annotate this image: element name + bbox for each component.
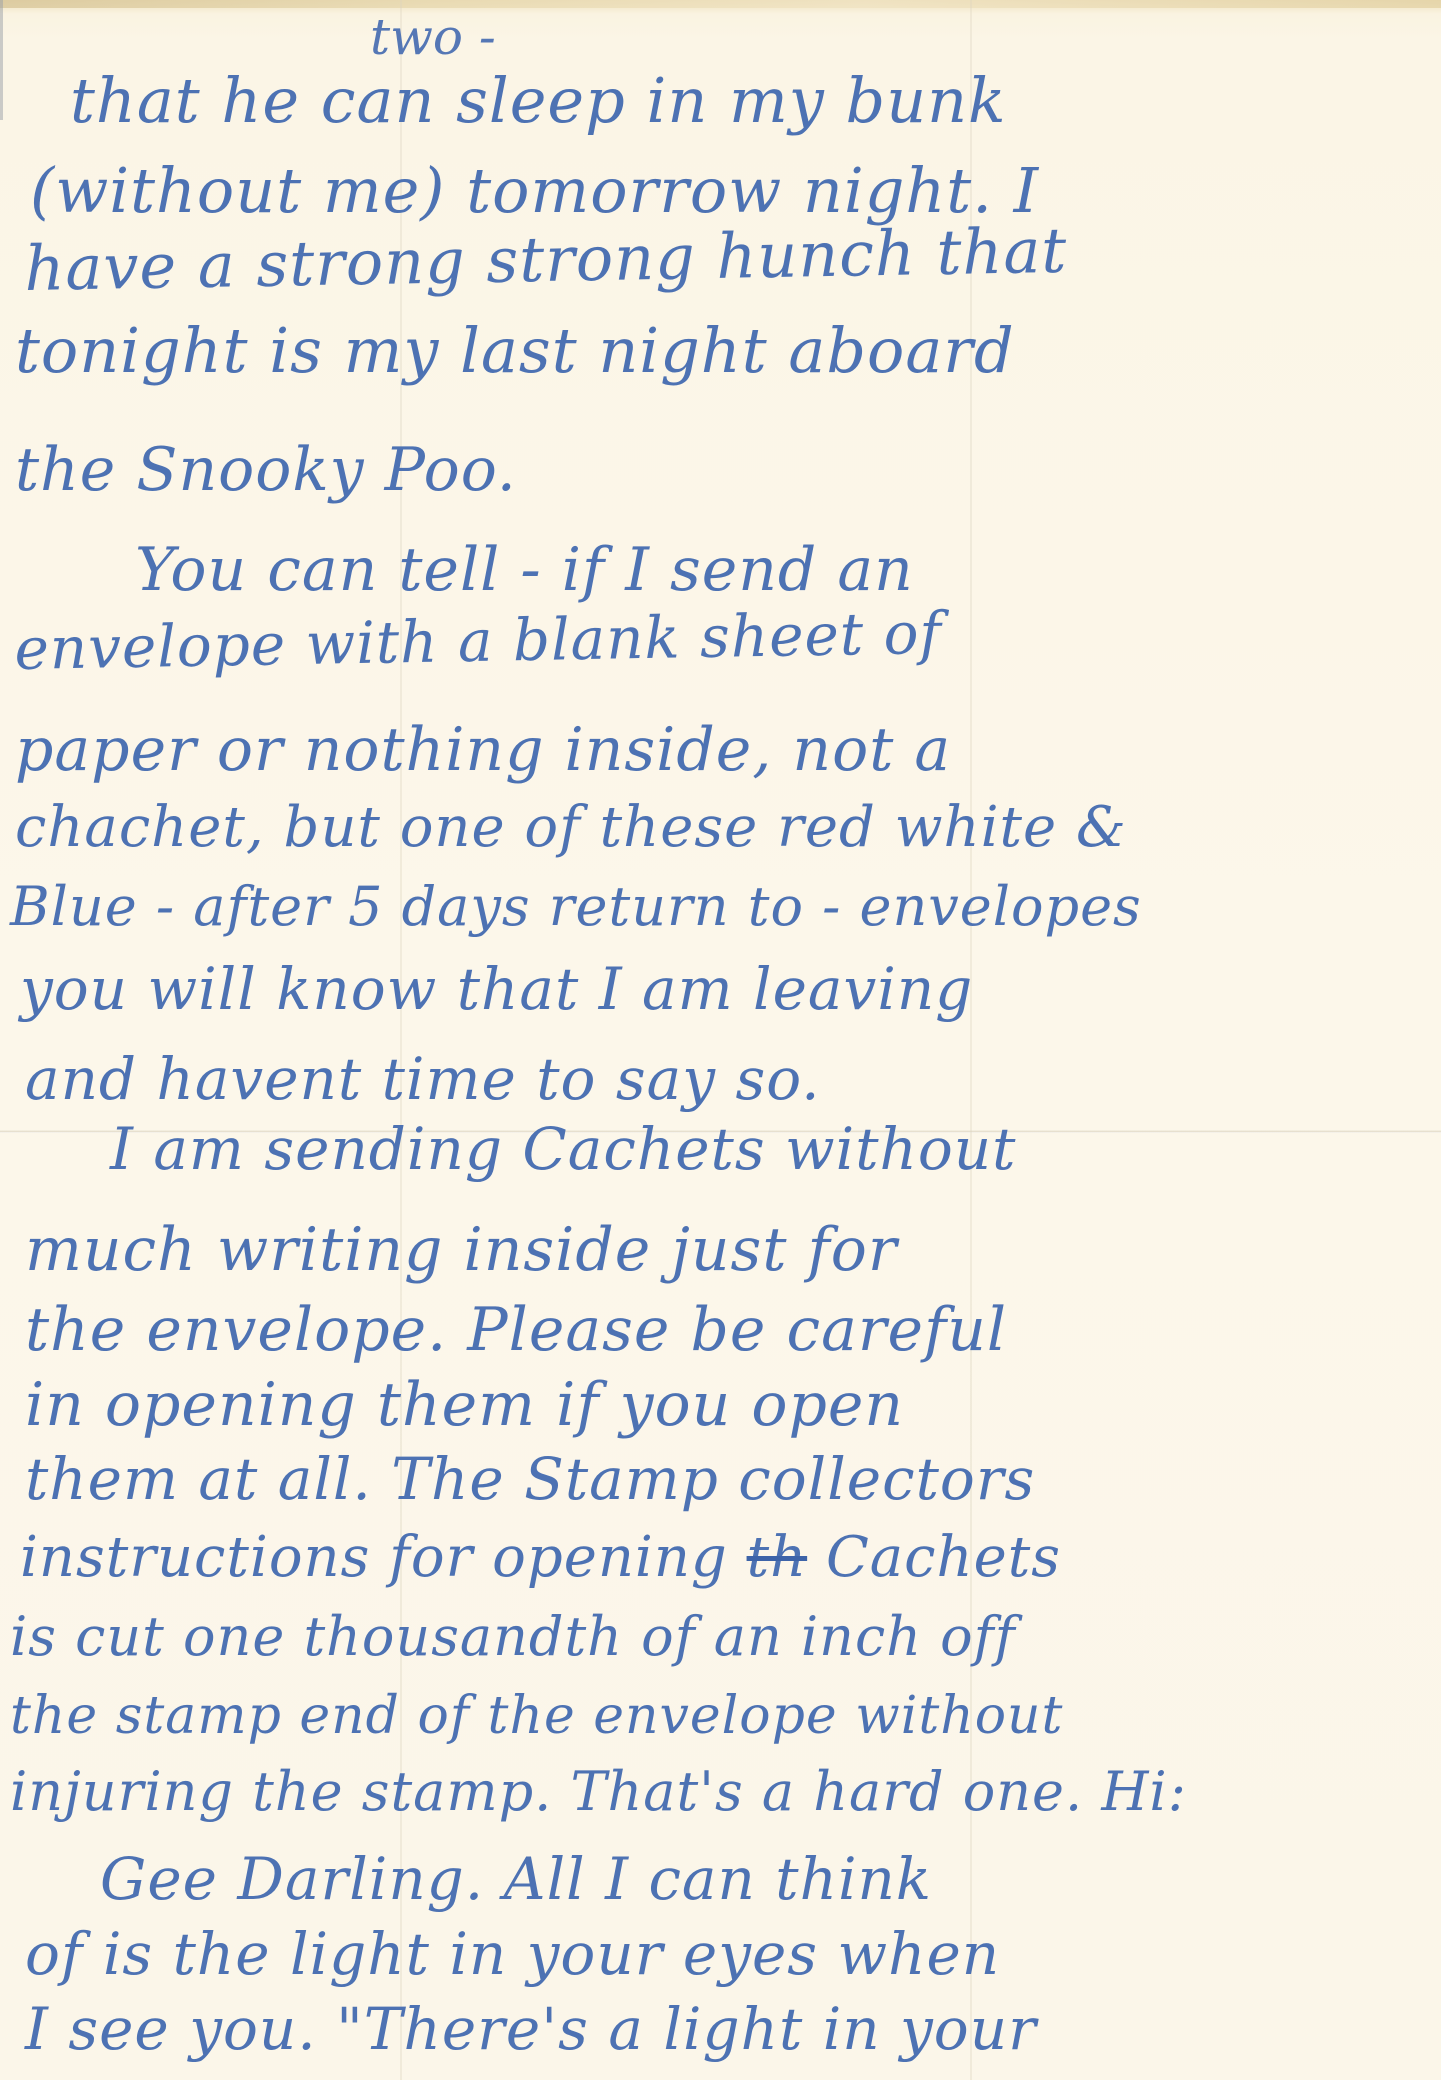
letter-line-text: Cachets — [807, 1525, 1061, 1590]
letter-line: the envelope. Please be careful — [25, 1300, 1007, 1360]
letter-line: injuring the stamp. That's a hard one. H… — [10, 1765, 1187, 1819]
letter-line: Gee Darling. All I can think — [100, 1850, 932, 1908]
page-number-marker: two - — [370, 8, 496, 66]
letter-line: instructions for opening th Cachets — [20, 1530, 1061, 1586]
letter-line: tonight is my last night aboard — [15, 320, 1015, 382]
paper-top-edge — [0, 0, 1441, 8]
letter-line: much writing inside just for — [25, 1220, 898, 1280]
letter-line: Blue - after 5 days return to - envelope… — [10, 880, 1142, 934]
letter-line: have a strong strong hunch that — [24, 220, 1068, 300]
letter-line: and havent time to say so. — [25, 1050, 821, 1108]
letter-line: I see you. "There's a light in your — [25, 2000, 1037, 2058]
letter-page: two - that he can sleep in my bunk (with… — [0, 0, 1441, 2080]
letter-line: envelope with a blank sheet of — [14, 604, 942, 678]
struck-through-word: th — [747, 1525, 808, 1590]
letter-line: them at all. The Stamp collectors — [25, 1450, 1035, 1508]
letter-line: the stamp end of the envelope without — [10, 1690, 1063, 1742]
letter-line: I am sending Cachets without — [110, 1120, 1016, 1178]
letter-line: of is the light in your eyes when — [25, 1925, 1000, 1983]
letter-line: you will know that I am leaving — [20, 960, 973, 1018]
letter-line: (without me) tomorrow night. I — [30, 160, 1039, 222]
letter-line: paper or nothing inside, not a — [15, 720, 951, 780]
letter-line: that he can sleep in my bunk — [70, 70, 1007, 132]
paper-left-edge — [0, 0, 3, 120]
letter-line: the Snooky Poo. — [15, 440, 517, 500]
letter-line: is cut one thousandth of an inch off — [10, 1610, 1016, 1664]
letter-line: in opening them if you open — [25, 1375, 904, 1435]
letter-line: chachet, but one of these red white & — [15, 800, 1127, 856]
letter-line: You can tell - if I send an — [135, 540, 914, 600]
letter-line-text: instructions for opening — [20, 1525, 747, 1590]
